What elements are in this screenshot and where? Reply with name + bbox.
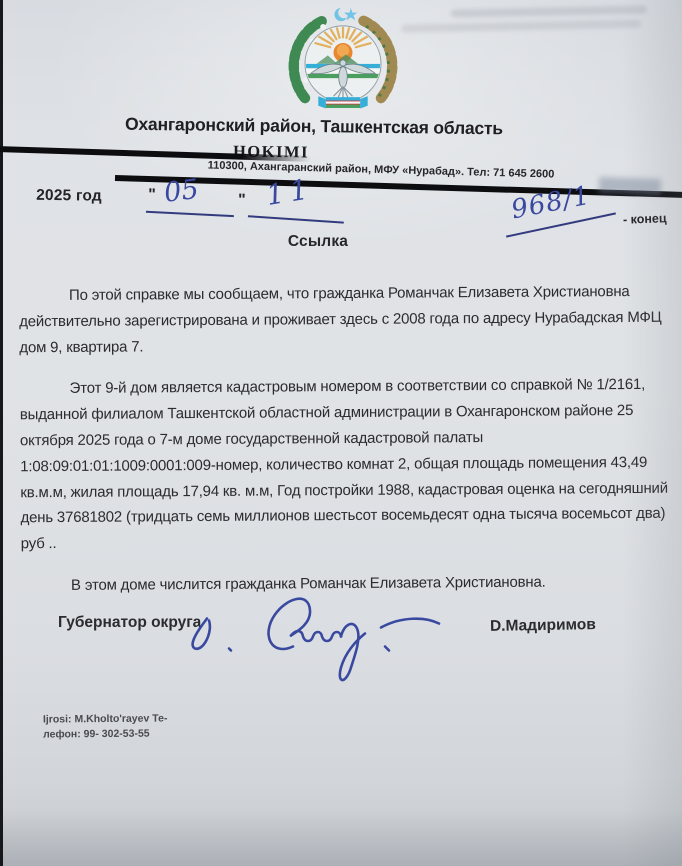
month-underline [248, 215, 344, 224]
executor-line-1: Ijrosi: M.Kholto'rayev Те- [43, 711, 168, 727]
uzbekistan-emblem-icon [274, 5, 412, 119]
paper-sheet: Охангаронский район, Ташкентская область… [3, 0, 682, 866]
paragraph-1: По этой справке мы сообщаем, что граждан… [19, 279, 672, 361]
signer-name: D.Мадиримов [490, 616, 596, 636]
quote-close: " [238, 192, 246, 210]
executor-line-2: лефон: 99- 302-53-55 [43, 726, 168, 742]
handwritten-day: 05 [162, 174, 200, 209]
region-title: Охангаронский район, Ташкентская область [3, 112, 625, 141]
day-underline [146, 211, 234, 217]
photo-shadow-bottom [3, 810, 682, 866]
executor-footer: Ijrosi: M.Kholto'rayev Те- лефон: 99- 30… [43, 711, 168, 742]
quote-open: " [148, 186, 156, 204]
document-body: По этой справке мы сообщаем, что граждан… [19, 279, 673, 599]
paragraph-2: Этот 9-й дом является кадастровым номеро… [20, 372, 673, 557]
scanned-document-photo: Охангаронский район, Ташкентская область… [0, 0, 682, 866]
number-suffix-label: - конец [623, 211, 667, 227]
handwritten-signature-icon [171, 583, 471, 701]
handwritten-month: 11 [264, 172, 316, 212]
document-title: Ссылка [3, 233, 633, 251]
date-line: 2025 год " 05 " 11 [36, 182, 357, 232]
year-label: 2025 год [36, 187, 102, 206]
bleed-through-smudge [401, 1, 658, 40]
